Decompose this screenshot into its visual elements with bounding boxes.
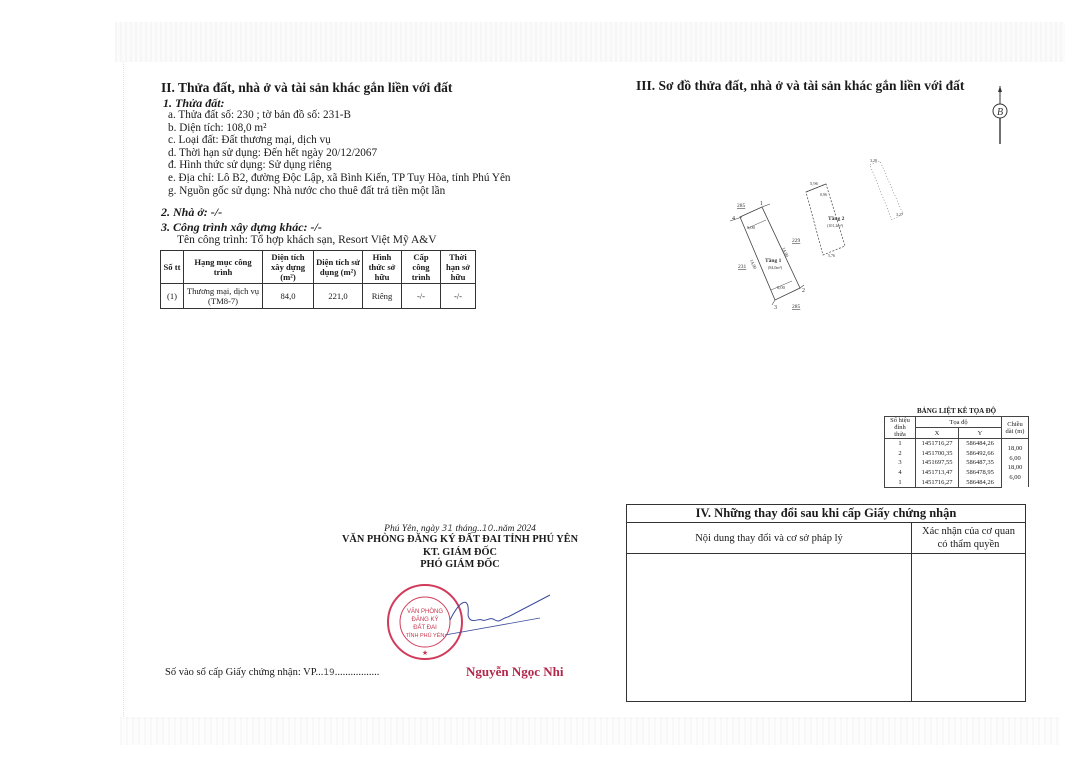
svg-text:★: ★ <box>422 649 428 657</box>
land-item: a. Thửa đất số: 230 ; tờ bản đồ số: 231-… <box>168 109 511 122</box>
svg-text:Tầng 2: Tầng 2 <box>828 215 845 222</box>
col-header: Chiều dài (m) <box>1002 417 1029 439</box>
col-header: Tọa độ <box>916 417 1002 428</box>
cell: 1451713,47 <box>916 468 959 478</box>
cell: 1 <box>885 439 916 449</box>
svg-text:TỈNH PHÚ YÊN: TỈNH PHÚ YÊN <box>406 631 445 639</box>
land-details-list: a. Thửa đất số: 230 ; tờ bản đồ số: 231-… <box>168 109 511 197</box>
scan-footer-band <box>120 717 1060 745</box>
coordinate-table: Số hiệu đỉnh thửa Tọa độ Chiều dài (m) X… <box>884 416 1029 488</box>
cell: 586487,35 <box>959 458 1002 468</box>
signature-block: Phú Yên, ngày 31 tháng..10..năm 2024 VĂN… <box>340 524 580 572</box>
svg-text:5,96: 5,96 <box>810 181 819 187</box>
table-header-row: Số tt Hạng mục công trình Diện tích xây … <box>161 251 476 284</box>
registration-number: Số vào sổ cấp Giấy chứng nhận: VP...19..… <box>165 667 379 678</box>
land-item: e. Địa chỉ: Lô B2, đường Độc Lập, xã Bìn… <box>168 172 511 185</box>
position-title: PHÓ GIÁM ĐỐC <box>340 559 580 572</box>
cell: 4 <box>885 468 916 478</box>
col-header: Số hiệu đỉnh thửa <box>885 417 916 439</box>
land-item: đ. Hình thức sử dụng: Sử dụng riêng <box>168 159 511 172</box>
coord-table-title: BẢNG LIỆT KÊ TỌA ĐỘ <box>917 407 996 415</box>
svg-text:Tầng 1: Tầng 1 <box>765 257 782 264</box>
svg-text:229: 229 <box>792 238 801 244</box>
col-header: Thời hạn sở hữu <box>441 251 476 284</box>
col-header: Diện tích xây dựng (m²) <box>263 251 314 284</box>
svg-text:6,00: 6,00 <box>747 225 756 231</box>
col-header: Cấp công trình <box>402 251 441 284</box>
length: 18,00 <box>1005 444 1025 454</box>
north-arrow-icon: B <box>990 86 1010 146</box>
svg-text:5,76: 5,76 <box>828 253 835 259</box>
signer-name: Nguyễn Ngọc Nhi <box>466 664 564 680</box>
section-3-title: III. Sơ đồ thửa đất, nhà ở và tài sản kh… <box>636 78 964 94</box>
kt-title: KT. GIÁM ĐỐC <box>340 547 580 560</box>
issue-date: Phú Yên, ngày 31 tháng..10..năm 2024 <box>340 524 580 534</box>
svg-text:285: 285 <box>792 304 801 310</box>
cell: 586484,26 <box>959 477 1002 487</box>
other-works-heading: 3. Công trình xây dựng khác: -/- <box>161 220 322 235</box>
svg-text:ĐĂNG KÝ: ĐĂNG KÝ <box>411 616 438 623</box>
cell: Thương mại, dịch vụ (TM8-7) <box>184 284 263 309</box>
date-prefix: Phú Yên, ngày <box>384 524 439 534</box>
table-row: 1 1451716,27 586484,26 18,00 6,00 18,00 … <box>885 439 1029 449</box>
changes-content-cell <box>627 554 912 701</box>
svg-text:0,96: 0,96 <box>820 192 827 198</box>
svg-text:(101,2m²): (101,2m²) <box>827 223 844 229</box>
length: 6,00 <box>1005 454 1025 464</box>
cell: Riêng <box>363 284 402 309</box>
cell: 586492,66 <box>959 449 1002 459</box>
col-header: Số tt <box>161 251 184 284</box>
svg-text:4: 4 <box>732 216 735 222</box>
length: 6,00 <box>1005 473 1025 483</box>
registration-value: 19 <box>323 668 334 678</box>
cell: 1451697,55 <box>916 458 959 468</box>
col-header: Y <box>959 428 1002 439</box>
svg-text:6,00: 6,00 <box>777 285 786 291</box>
section-2-title: II. Thửa đất, nhà ở và tài sản khác gắn … <box>161 80 452 96</box>
col-header-line: có thẩm quyền <box>912 538 1025 551</box>
month-prefix: tháng <box>456 524 478 534</box>
cell: 1451716,27 <box>916 477 959 487</box>
svg-text:B: B <box>997 107 1003 118</box>
col-header-changes: Nội dung thay đổi và cơ sở pháp lý <box>627 523 912 553</box>
svg-text:3,28: 3,28 <box>870 158 877 164</box>
registration-label: Số vào sổ cấp Giấy chứng nhận: VP <box>165 667 315 678</box>
signature-scribble-icon <box>440 590 555 640</box>
svg-text:285: 285 <box>737 203 746 209</box>
col-header: Diện tích sử dụng (m²) <box>314 251 363 284</box>
year-text: năm 2024 <box>498 524 536 534</box>
scan-header-band <box>115 22 1065 62</box>
svg-text:14,00: 14,00 <box>780 247 790 259</box>
cell: -/- <box>402 284 441 309</box>
confirmation-cell <box>912 554 1025 701</box>
land-item: d. Thời hạn sử dụng: Đến hết ngày 20/12/… <box>168 147 511 160</box>
cell: (1) <box>161 284 184 309</box>
col-header-confirmation: Xác nhận của cơ quan có thẩm quyền <box>912 523 1025 553</box>
cell: 84,0 <box>263 284 314 309</box>
cell: 1451700,35 <box>916 449 959 459</box>
land-item: b. Diện tích: 108,0 m² <box>168 122 511 135</box>
svg-text:(84,0m²): (84,0m²) <box>768 265 783 271</box>
parcel-diagram: 1 4 2 3 285 229 231 285 Tầng 1 (84,0m²) … <box>720 150 930 315</box>
table-row: (1) Thương mại, dịch vụ (TM8-7) 84,0 221… <box>161 284 476 309</box>
construction-table: Số tt Hạng mục công trình Diện tích xây … <box>160 250 476 309</box>
svg-text:2: 2 <box>802 288 805 294</box>
cell: 221,0 <box>314 284 363 309</box>
land-item: g. Nguồn gốc sử dụng: Nhà nước cho thuê … <box>168 185 511 198</box>
issuing-office: VĂN PHÒNG ĐĂNG KÝ ĐẤT ĐAI TỈNH PHÚ YÊN <box>340 534 580 547</box>
house-heading: 2. Nhà ở: -/- <box>161 205 222 220</box>
svg-text:VĂN PHÒNG: VĂN PHÒNG <box>407 608 443 615</box>
svg-text:14,00: 14,00 <box>748 259 758 271</box>
svg-text:ĐẤT ĐAI: ĐẤT ĐAI <box>413 624 437 631</box>
col-header: Hạng mục công trình <box>184 251 263 284</box>
svg-text:3: 3 <box>774 305 777 311</box>
month-value: 10 <box>482 524 493 534</box>
cell: 586484,26 <box>959 439 1002 449</box>
length-cell: 18,00 6,00 18,00 6,00 <box>1002 439 1029 488</box>
cell: 586478,95 <box>959 468 1002 478</box>
section-4-title: IV. Những thay đổi sau khi cấp Giấy chứn… <box>627 505 1025 523</box>
svg-text:231: 231 <box>738 264 747 270</box>
cell: 2 <box>885 449 916 459</box>
cell: 1 <box>885 477 916 487</box>
day-value: 31 <box>442 524 453 534</box>
svg-text:1: 1 <box>760 201 763 207</box>
length: 18,00 <box>1005 463 1025 473</box>
col-header-line: Xác nhận của cơ quan <box>912 525 1025 538</box>
cell: 3 <box>885 458 916 468</box>
cell: -/- <box>441 284 476 309</box>
changes-table: IV. Những thay đổi sau khi cấp Giấy chứn… <box>626 504 1026 702</box>
col-header: Hình thức sở hữu <box>363 251 402 284</box>
work-name: Tên công trình: Tổ hợp khách sạn, Resort… <box>177 234 437 246</box>
land-item: c. Loại đất: Đất thương mại, dịch vụ <box>168 134 511 147</box>
cell: 1451716,27 <box>916 439 959 449</box>
col-header: X <box>916 428 959 439</box>
